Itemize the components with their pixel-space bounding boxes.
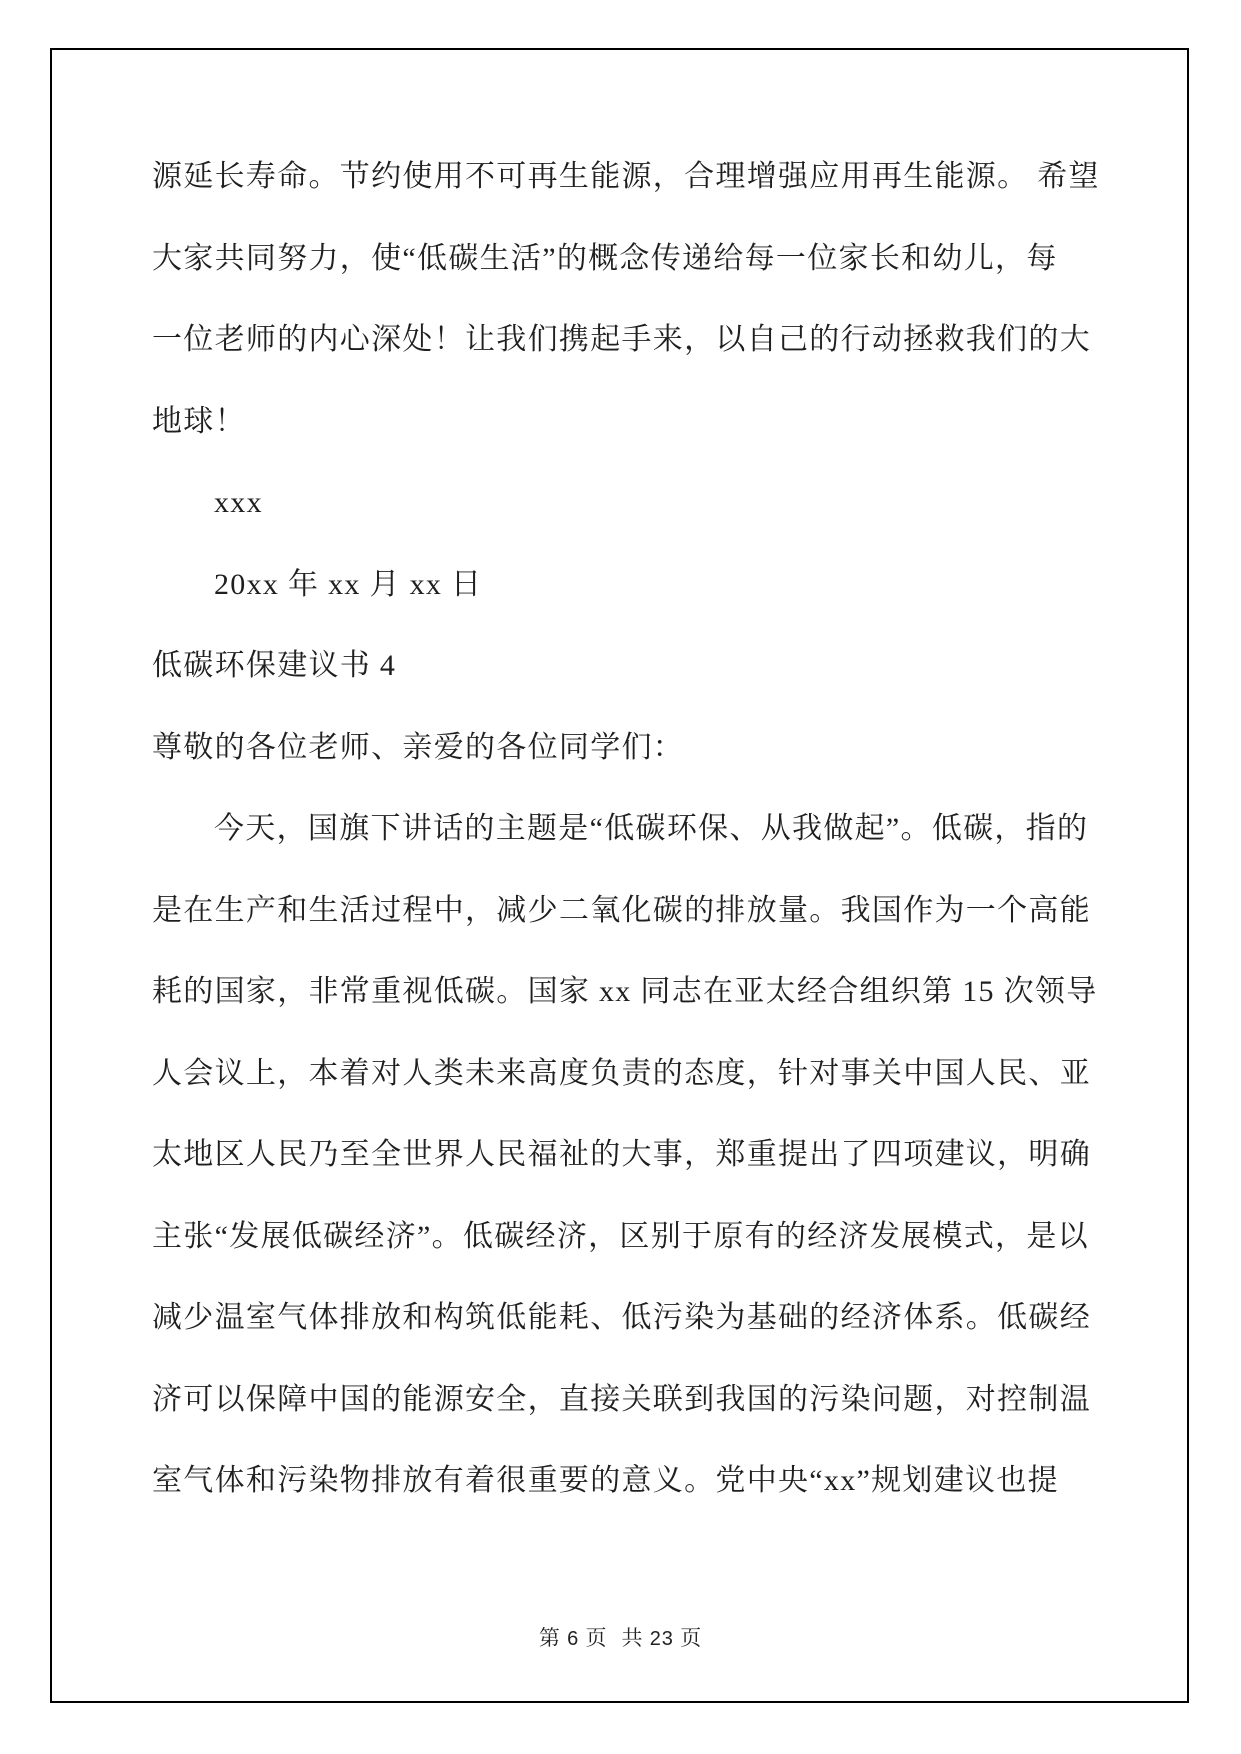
text-line: 大家共同努力，使“低碳生活”的概念传递给每一位家长和幼儿，每 bbox=[152, 218, 1092, 300]
text-line: 室气体和污染物排放有着很重要的意义。党中央“xx”规划建议也提 bbox=[152, 1440, 1092, 1522]
section-title: 低碳环保建议书 4 bbox=[152, 625, 1092, 707]
footer-total-label: 共 bbox=[621, 1626, 643, 1650]
text-line: 主张“发展低碳经济”。低碳经济，区别于原有的经济发展模式，是以 bbox=[152, 1196, 1092, 1278]
page-footer: 第 6 页共 23 页 bbox=[52, 1622, 1189, 1652]
footer-page-prefix: 第 bbox=[539, 1626, 561, 1650]
document-body: 源延长寿命。节约使用不可再生能源，合理增强应用再生能源。 希望 大家共同努力，使… bbox=[152, 136, 1092, 1522]
text-line: 耗的国家，非常重视低碳。国家 xx 同志在亚太经合组织第 15 次领导 bbox=[152, 951, 1092, 1033]
text-line: 太地区人民乃至全世界人民福祉的大事，郑重提出了四项建议，明确 bbox=[152, 1114, 1092, 1196]
footer-total-suffix: 页 bbox=[680, 1626, 702, 1650]
salutation-line: 尊敬的各位老师、亲爱的各位同学们： bbox=[152, 707, 1092, 789]
footer-page-label: 页 bbox=[585, 1626, 607, 1650]
signature-line: xxx bbox=[152, 462, 1092, 544]
date-line: 20xx 年 xx 月 xx 日 bbox=[152, 544, 1092, 626]
footer-page-number: 6 bbox=[567, 1628, 579, 1650]
text-line: 今天，国旗下讲话的主题是“低碳环保、从我做起”。低碳，指的 bbox=[152, 788, 1092, 870]
text-line: 地球！ bbox=[152, 381, 1092, 463]
text-line: 一位老师的内心深处！让我们携起手来，以自己的行动拯救我们的大 bbox=[152, 299, 1092, 381]
document-page: 源延长寿命。节约使用不可再生能源，合理增强应用再生能源。 希望 大家共同努力，使… bbox=[0, 0, 1241, 1754]
text-line: 人会议上，本着对人类未来高度负责的态度，针对事关中国人民、亚 bbox=[152, 1033, 1092, 1115]
text-line: 减少温室气体排放和构筑低能耗、低污染为基础的经济体系。低碳经 bbox=[152, 1277, 1092, 1359]
footer-total-pages: 23 bbox=[650, 1628, 674, 1650]
text-line: 源延长寿命。节约使用不可再生能源，合理增强应用再生能源。 希望 bbox=[152, 136, 1092, 218]
text-line: 济可以保障中国的能源安全，直接关联到我国的污染问题，对控制温 bbox=[152, 1359, 1092, 1441]
text-line: 是在生产和生活过程中，减少二氧化碳的排放量。我国作为一个高能 bbox=[152, 870, 1092, 952]
